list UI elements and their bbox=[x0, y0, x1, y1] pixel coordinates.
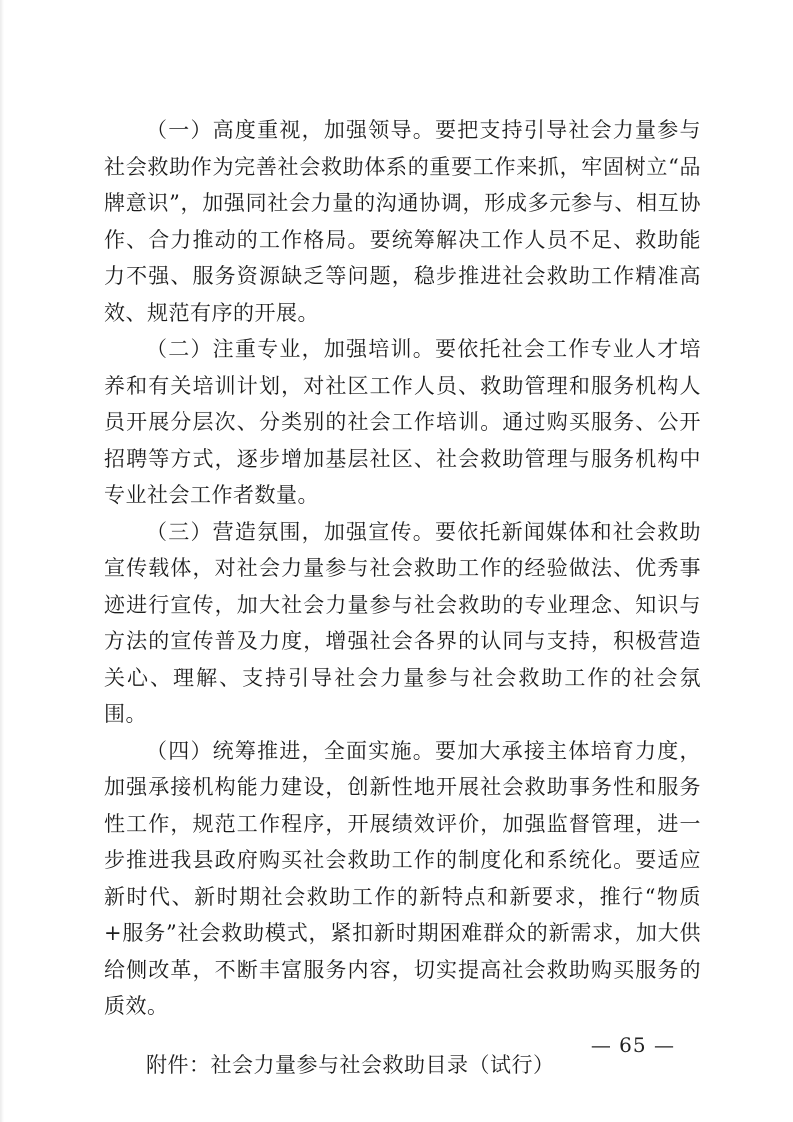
paragraph-item-3: （三）营造氛围，加强宣传。要依托新闻媒体和社会救助宣传载体，对社会力量参与社会救… bbox=[104, 514, 701, 733]
paragraph-item-1: （一）高度重视，加强领导。要把支持引导社会力量参与社会救助作为完善社会救助体系的… bbox=[104, 112, 701, 331]
document-body: （一）高度重视，加强领导。要把支持引导社会力量参与社会救助作为完善社会救助体系的… bbox=[104, 112, 701, 1083]
paragraph-item-4: （四）统筹推进，全面实施。要加大承接主体培育力度，加强承接机构能力建设，创新性地… bbox=[104, 733, 701, 1025]
paragraph-item-2: （二）注重专业，加强培训。要依托社会工作专业人才培养和有关培训计划，对社区工作人… bbox=[104, 331, 701, 514]
page-number: — 65 — bbox=[591, 1033, 675, 1057]
document-page: （一）高度重视，加强领导。要把支持引导社会力量参与社会救助作为完善社会救助体系的… bbox=[0, 0, 793, 1122]
